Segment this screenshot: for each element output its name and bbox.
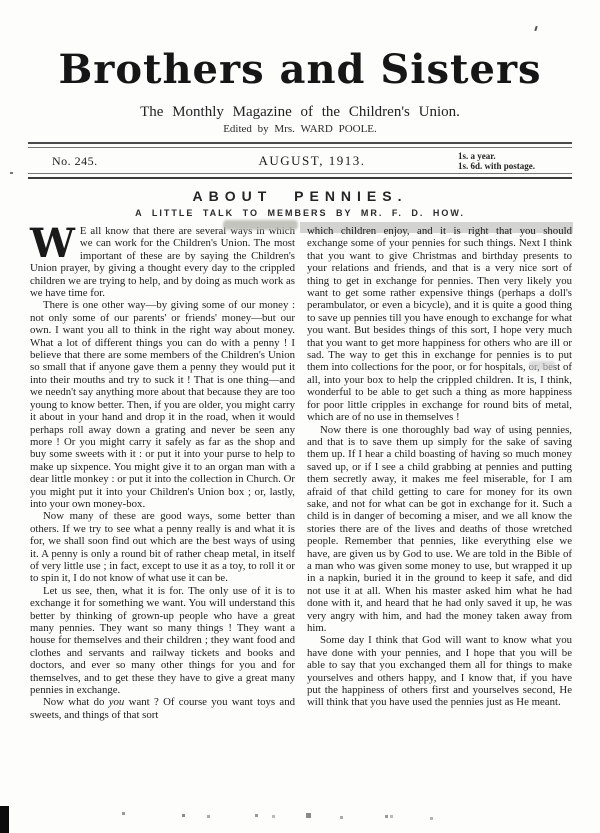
price-line-1: 1s. a year. (458, 151, 572, 161)
magazine-subtitle: The Monthly Magazine of the Children's U… (0, 104, 600, 121)
paragraph: which children enjoy, and it is right th… (307, 225, 572, 424)
paragraph: Now there is one thoroughly bad way of u… (307, 424, 572, 635)
double-rule-bottom (28, 173, 572, 179)
article-title: ABOUT PENNIES. (0, 188, 600, 204)
magazine-title: Brothers and Sisters (0, 46, 600, 94)
masthead: Brothers and Sisters The Monthly Magazin… (0, 0, 600, 136)
scan-smudge (223, 220, 298, 230)
scan-edge-bar (0, 806, 9, 833)
price-line-2: 1s. 6d. with postage. (458, 161, 572, 171)
column-right: which children enjoy, and it is right th… (307, 225, 572, 721)
issue-number: No. 245. (28, 154, 202, 169)
magazine-page: Brothers and Sisters The Monthly Magazin… (0, 0, 600, 833)
price-note: 1s. a year. 1s. 6d. with postage. (422, 151, 572, 171)
emphasized-word: you (109, 696, 125, 708)
paragraph: Now many of these are good ways, some be… (30, 510, 295, 584)
paragraph: WE all know that there are several ways … (30, 225, 295, 299)
scan-speck-row (122, 812, 125, 815)
paragraph: Now what do you want ? Of course you wan… (30, 696, 295, 721)
issue-date: AUGUST, 1913. (202, 153, 422, 169)
drop-cap: W (30, 227, 75, 260)
article-body: WE all know that there are several ways … (30, 225, 572, 721)
scan-speck (10, 172, 13, 174)
scan-smudge (529, 361, 555, 370)
paragraph-text: Now what do (43, 696, 109, 708)
article-byline: A LITTLE TALK TO MEMBERS BY MR. F. D. HO… (0, 207, 600, 219)
column-left: WE all know that there are several ways … (30, 225, 295, 721)
edited-by-line: Edited by Mrs. WARD POOLE. (0, 123, 600, 136)
paragraph: Some day I think that God will want to k… (307, 634, 572, 708)
issue-bar: No. 245. AUGUST, 1913. 1s. a year. 1s. 6… (28, 148, 572, 173)
paragraph: There is one other way—by giving some of… (30, 299, 295, 510)
paragraph: Let us see, then, what it is for. The on… (30, 585, 295, 697)
